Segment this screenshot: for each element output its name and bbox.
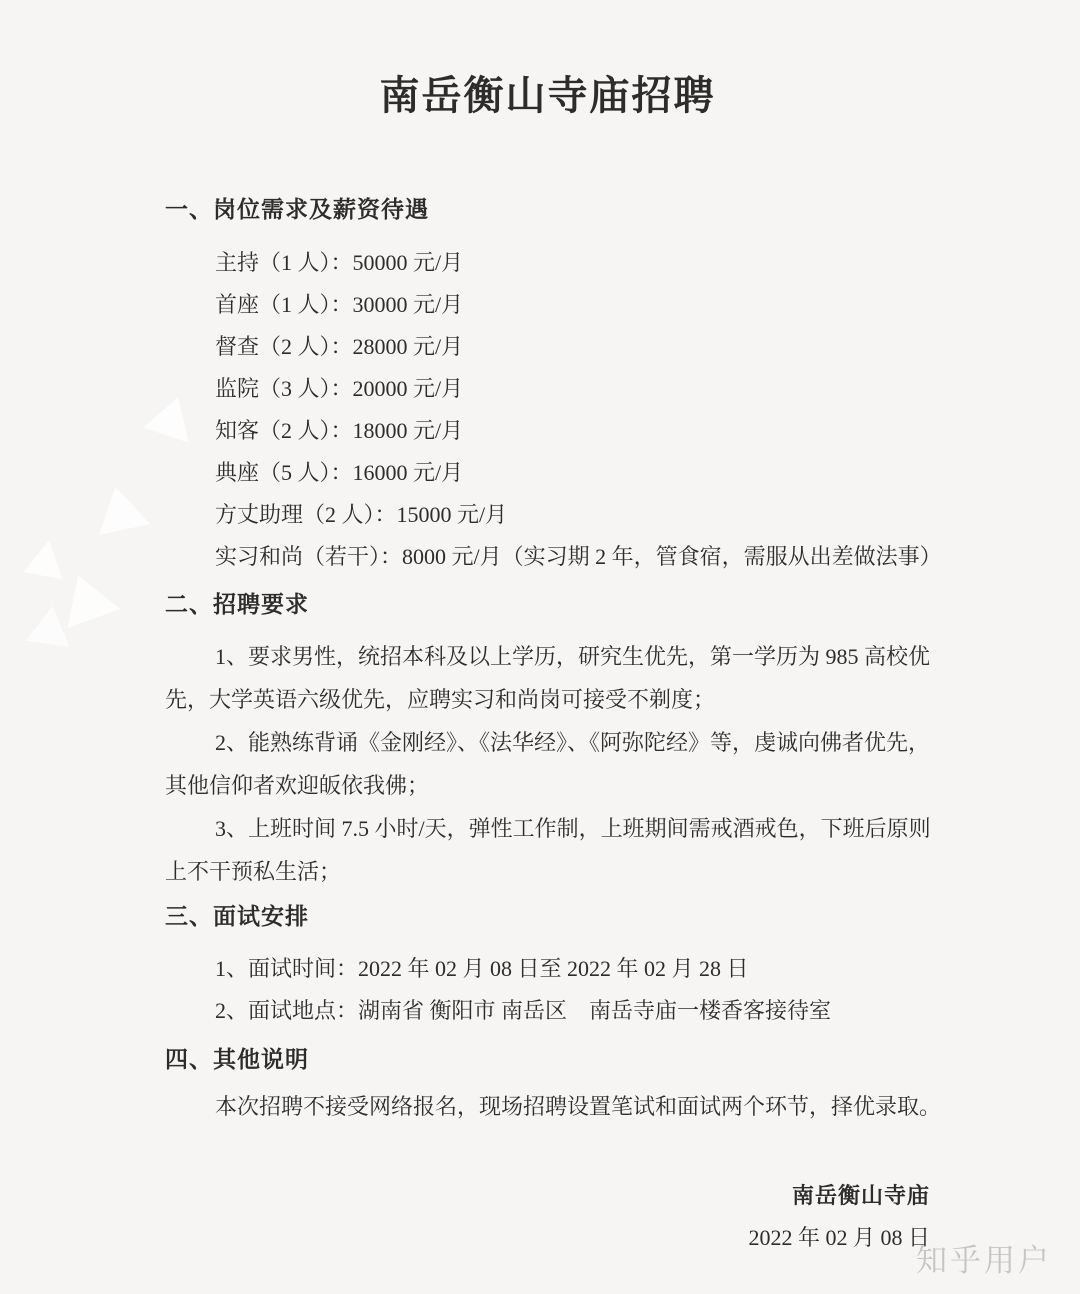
other-notes-paragraphs: 本次招聘不接受网络报名，现场招聘设置笔试和面试两个环节，择优录取。 [165,1085,930,1128]
requirement-3-line-2: 上不干预私生活； [165,850,930,893]
requirement-1-line-1: 1、要求男性，统招本科及以上学历，研究生优先，第一学历为 985 高校优 [165,635,930,678]
document-footer: 南岳衡山寺庙 2022 年 02 月 08 日 [165,1182,930,1252]
scanned-document: { "document": { "title": "南岳衡山寺庙招聘", "se… [0,0,1080,1294]
salary-list: 主持（1 人）：50000 元/月 首座（1 人）：30000 元/月 督查（2… [165,242,930,578]
section-4-heading: 四、其他说明 [165,1046,930,1073]
salary-item-zhike: 知客（2 人）：18000 元/月 [165,410,930,452]
section-2-heading: 二、招聘要求 [165,591,930,618]
salary-item-shixi-heshang: 实习和尚（若干）：8000 元/月（实习期 2 年，管食宿，需服从出差做法事） [165,536,930,578]
section-positions-salary: 一、岗位需求及薪资待遇 主持（1 人）：50000 元/月 首座（1 人）：30… [165,196,930,578]
zhihu-user-watermark: 知乎用户 [916,1235,1052,1280]
requirement-3-line-1: 3、上班时间 7.5 小时/天，弹性工作制，上班期间需戒酒戒色，下班后原则 [165,807,930,850]
other-notes-line-1: 本次招聘不接受网络报名，现场招聘设置笔试和面试两个环节，择优录取。 [165,1085,930,1128]
section-requirements: 二、招聘要求 1、要求男性，统招本科及以上学历，研究生优先，第一学历为 985 … [165,591,930,893]
section-interview: 三、面试安排 1、面试时间：2022 年 02 月 08 日至 2022 年 0… [165,903,930,1032]
section-other-notes: 四、其他说明 本次招聘不接受网络报名，现场招聘设置笔试和面试两个环节，择优录取。 [165,1046,930,1128]
signature-temple-name: 南岳衡山寺庙 [165,1182,930,1210]
signature-date: 2022 年 02 月 08 日 [165,1224,930,1252]
requirement-1-line-2: 先，大学英语六级优先，应聘实习和尚岗可接受不剃度； [165,678,930,721]
section-3-heading: 三、面试安排 [165,903,930,930]
salary-item-dianzuo: 典座（5 人）：16000 元/月 [165,452,930,494]
salary-item-fangzhang-zhuli: 方丈助理（2 人）：15000 元/月 [165,494,930,536]
requirement-2-line-1: 2、能熟练背诵《金刚经》、《法华经》、《阿弥陀经》等，虔诚向佛者优先， [165,721,930,764]
requirement-2-line-2: 其他信仰者欢迎皈依我佛； [165,764,930,807]
requirements-paragraphs: 1、要求男性，统招本科及以上学历，研究生优先，第一学历为 985 高校优 先，大… [165,635,930,893]
interview-location-item: 2、面试地点：湖南省 衡阳市 南岳区 南岳寺庙一楼香客接待室 [165,990,930,1032]
salary-item-zhuchi: 主持（1 人）：50000 元/月 [165,242,930,284]
interview-list: 1、面试时间：2022 年 02 月 08 日至 2022 年 02 月 28 … [165,948,930,1032]
interview-time-item: 1、面试时间：2022 年 02 月 08 日至 2022 年 02 月 28 … [165,948,930,990]
document-title: 南岳衡山寺庙招聘 [165,72,930,120]
document-body: 南岳衡山寺庙招聘 一、岗位需求及薪资待遇 主持（1 人）：50000 元/月 首… [0,72,1080,1252]
salary-item-jianyuan: 监院（3 人）：20000 元/月 [165,368,930,410]
salary-item-shouzuo: 首座（1 人）：30000 元/月 [165,284,930,326]
section-1-heading: 一、岗位需求及薪资待遇 [165,196,930,223]
salary-item-ducha: 督查（2 人）：28000 元/月 [165,326,930,368]
